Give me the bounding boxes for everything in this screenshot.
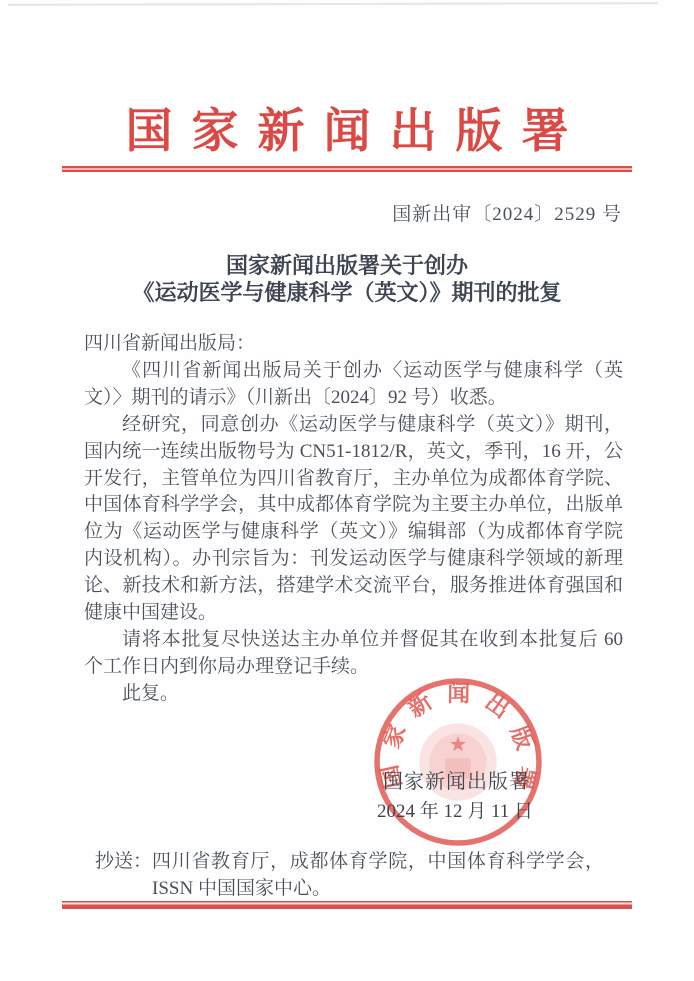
recipient-line: 四川省新闻出版局： [84,331,623,358]
footer-red-rule [62,901,632,909]
scan-artifact-line [8,2,658,6]
document-body: 四川省新闻出版局： 《四川省新闻出版局关于创办〈运动医学与健康科学（英文）〉期刊… [84,331,623,708]
official-document-page: 国家新闻出版署 国新出审〔2024〕2529 号 国家新闻出版署关于创办 《运动… [0,0,694,981]
document-title-line2: 《运动医学与健康科学（英文）》期刊的批复 [0,279,694,306]
cc-section: 抄送： 四川省教育厅，成都体育学院，中国体育科学学会，ISSN 中国国家中心。 [95,848,622,902]
signature-agency: 国家新闻出版署 [383,765,523,794]
body-paragraph: 《四川省新闻出版局关于创办〈运动医学与健康科学（英文）〉期刊的请示》（川新出〔2… [84,358,623,412]
document-title-line1: 国家新闻出版署关于创办 [0,252,694,279]
cc-recipients: 四川省教育厅，成都体育学院，中国体育科学学会，ISSN 中国国家中心。 [152,848,604,902]
body-paragraph: 经研究，同意创办《运动医学与健康科学（英文）》期刊，国内统一连续出版物号为 CN… [84,412,623,627]
document-title: 国家新闻出版署关于创办 《运动医学与健康科学（英文）》期刊的批复 [0,252,694,306]
official-seal: 国家新闻出版署 [366,670,550,854]
header-red-rule [62,166,632,172]
cc-label: 抄送： [95,848,152,875]
signature-date: 2024 年 12 月 11 日 [377,796,547,823]
document-number: 国新出审〔2024〕2529 号 [392,199,622,226]
agency-header-title: 国家新闻出版署 [0,94,694,161]
